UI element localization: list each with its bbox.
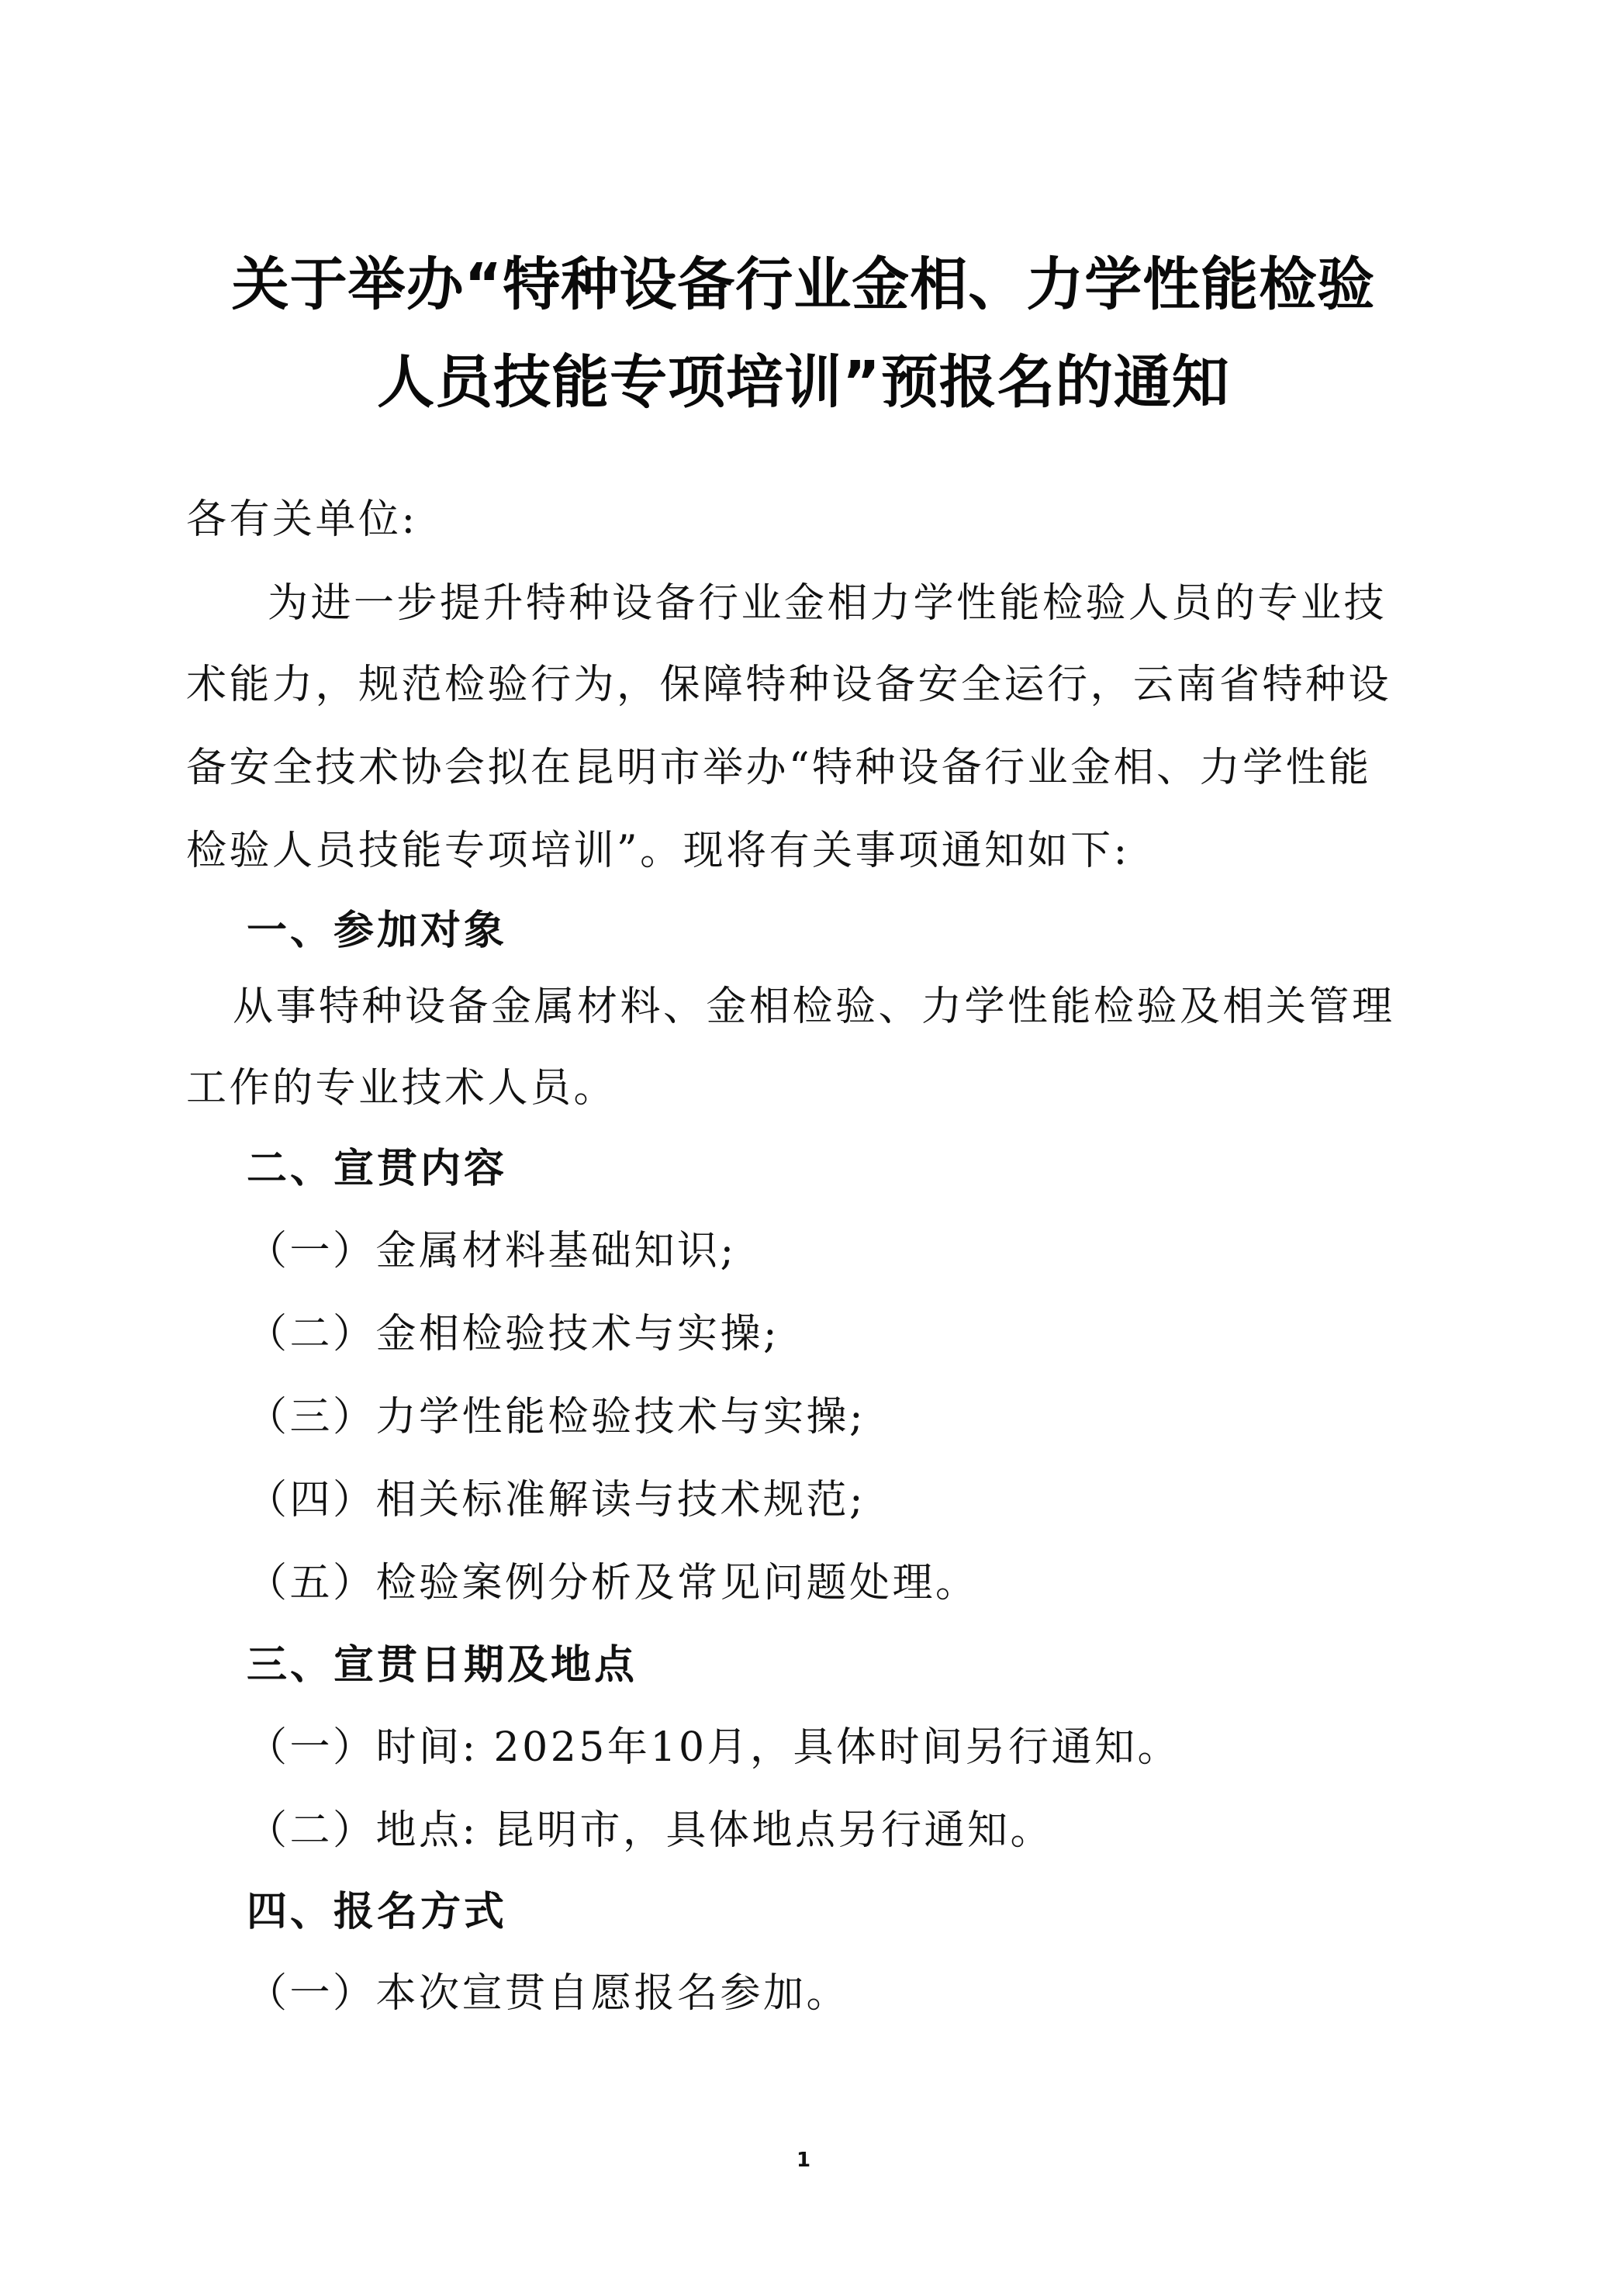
intro-paragraph-line-3: 备安全技术协会拟在昆明市举办“特种设备行业金相、力学性能: [186, 741, 1372, 795]
intro-paragraph-line-1: 为进一步提升特种设备行业金相力学性能检验人员的专业技: [268, 576, 1387, 631]
date-location-item-time: （一）时间: 2025年10月，具体时间另行通知。: [247, 1720, 1180, 1775]
section-heading-participants: 一、参加对象: [247, 904, 507, 958]
document-title-line-2: 人员技能专项培训”预报名的通知: [0, 348, 1607, 417]
section-participants-line-1: 从事特种设备金属材料、金相检验、力学性能检验及相关管理: [233, 980, 1395, 1034]
content-item-4: （四）相关标准解读与技术规范;: [247, 1473, 866, 1527]
content-item-3: （三）力学性能检验技术与实操;: [247, 1390, 866, 1444]
document-page: 关于举办“特种设备行业金相、力学性能检验 人员技能专项培训”预报名的通知 各有关…: [0, 0, 1607, 2296]
page-number: 1: [0, 2149, 1607, 2172]
intro-paragraph-line-4: 检验人员技能专项培训”。现将有关事项通知如下:: [186, 824, 1130, 878]
section-participants-line-2: 工作的专业技术人员。: [186, 1061, 617, 1115]
section-heading-registration: 四、报名方式: [247, 1885, 507, 1939]
document-title-line-1: 关于举办“特种设备行业金相、力学性能检验: [0, 250, 1607, 320]
salutation: 各有关单位:: [186, 493, 418, 547]
content-item-2: （二）金相检验技术与实操;: [247, 1307, 779, 1361]
content-item-1: （一）金属材料基础知识;: [247, 1224, 737, 1278]
date-location-item-place: （二）地点: 昆明市，具体地点另行通知。: [247, 1803, 1053, 1858]
content-item-5: （五）检验案例分析及常见问题处理。: [247, 1556, 979, 1610]
intro-paragraph-line-2: 术能力，规范检验行为，保障特种设备安全运行，云南省特种设: [186, 658, 1391, 712]
section-heading-content: 二、宣贯内容: [247, 1142, 507, 1196]
registration-item-1: （一）本次宣贯自愿报名参加。: [247, 1966, 849, 2021]
section-heading-date-location: 三、宣贯日期及地点: [247, 1638, 638, 1693]
